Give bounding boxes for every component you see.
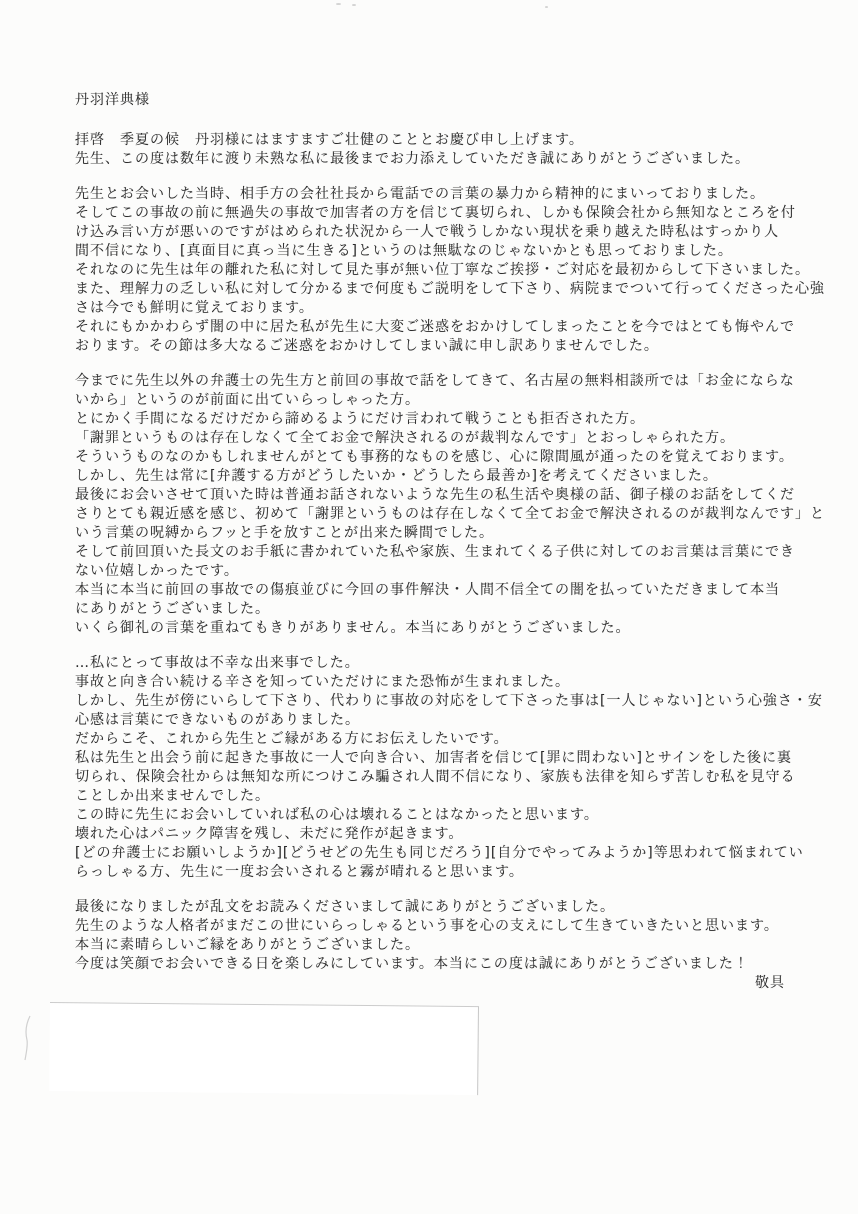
letter-line: 最後になりましたが乱文をお読みくださいまして誠にありがとうございました。 [75, 898, 791, 917]
letter-line: そして前回頂いた長文のお手紙に書かれていた私や家族、生まれてくる子供に対してのお… [75, 543, 791, 562]
letter-line: ことしか出来ませんでした。 [75, 787, 791, 806]
letter-line: 先生とお会いした当時、相手方の会社社長から電話での言葉の暴力から精神的にまいって… [75, 185, 791, 204]
letter-line: 先生、この度は数年に渡り未熟な私に最後までお力添えしていただき誠にありがとうござ… [75, 150, 791, 169]
letter-line: 私は先生と出会う前に起きた事故に一人で向き合い、加害者を信じて[罪に問わない]と… [75, 749, 791, 768]
letter-line: いから」というのが前面に出ていらっしゃった方。 [75, 391, 791, 410]
letter-paragraph: 最後になりましたが乱文をお読みくださいまして誠にありがとうございました。先生のよ… [75, 898, 791, 974]
letter-paragraph: 今までに先生以外の弁護士の先生方と前回の事故で話をしてきて、名古屋の無料相談所で… [75, 372, 791, 638]
letter-line: おります。その節は多大なるご迷惑をおかけしてしまい誠に申し訳ありませんでした。 [75, 337, 791, 356]
letter-line: だからこそ、これから先生とご縁がある方にお伝えしたいです。 [75, 730, 791, 749]
letter-line: …私にとって事故は不幸な出来事でした。 [75, 654, 791, 673]
letter-line: け込み言い方が悪いのですがはめられた状況から一人で戦うしかない現状を乗り越えた時… [75, 223, 791, 242]
letter-line: ない位嬉しかったです。 [75, 562, 791, 581]
letter-line: また、理解力の乏しい私に対して分かるまで何度もご説明をして下さり、病院までついて… [75, 280, 791, 299]
redacted-area [49, 1002, 479, 1095]
letter-paragraph: 先生とお会いした当時、相手方の会社社長から電話での言葉の暴力から精神的にまいって… [75, 185, 791, 356]
letter-line: 先生のような人格者がまだこの世にいらっしゃるという事を心の支えにして生きていきた… [75, 917, 791, 936]
letter-line: 最後にお会いさせて頂いた時は普通お話されないような先生の私生活や奥様の話、御子様… [75, 486, 791, 505]
letter-line: しかし、先生が傍にいらして下さり、代わりに事故の対応をして下さった事は[一人じゃ… [75, 692, 791, 711]
scan-speck [352, 4, 356, 6]
letter-line: それにもかかわらず闇の中に居た私が先生に大変ご迷惑をおかけしてしまったことを今で… [75, 318, 791, 337]
letter-line: 事故と向き合い続ける辛さを知っていただけにまた恐怖が生まれました。 [75, 673, 791, 692]
letter-line: らっしゃる方、先生に一度お会いされると霧が晴れると思います。 [75, 863, 791, 882]
letter-line: 「謝罪というものは存在しなくて全てお金で解決されるのが裁判なんです」とおっしゃら… [75, 429, 791, 448]
letter-line: 本当に本当に前回の事故での傷痕並びに今回の事件解決・人間不信全ての闇を払っていた… [75, 581, 791, 600]
letter-line: いう言葉の呪縛からフッと手を放すことが出来た瞬間でした。 [75, 524, 791, 543]
recipient-name: 丹羽洋典様 [75, 91, 791, 110]
letter-line: そしてこの事故の前に無過失の事故で加害者の方を信じて裏切られ、しかも保険会社から… [75, 204, 791, 223]
scanned-letter-page: 丹羽洋典様 拝啓 季夏の候 丹羽様にはますますご壮健のこととお慶び申し上げます。… [0, 0, 858, 1214]
scan-crease-mark [18, 1014, 40, 1062]
letter-line: 今度は笑顔でお会いできる日を楽しみにしています。本当にこの度は誠にありがとうござ… [75, 955, 791, 974]
letter-line: 壊れた心はパニック障害を残し、未だに発作が起きます。 [75, 825, 791, 844]
scan-speck [336, 3, 341, 5]
letter-paragraph: …私にとって事故は不幸な出来事でした。事故と向き合い続ける辛さを知っていただけに… [75, 654, 791, 882]
letter-line: 本当に素晴らしいご縁をありがとうございました。 [75, 936, 791, 955]
letter-line: [どの弁護士にお願いしようか][どうせどの先生も同じだろう][自分でやってみよう… [75, 844, 791, 863]
letter-line: とにかく手間になるだけだから諦めるようにだけ言われて戦うことも拒否された方。 [75, 410, 791, 429]
letter-line: いくら御礼の言葉を重ねてもきりがありません。本当にありがとうございました。 [75, 619, 791, 638]
letter-line: さりとても親近感を感じ、初めて「謝罪というものは存在しなくて全てお金で解決される… [75, 505, 791, 524]
letter-paragraph: 拝啓 季夏の候 丹羽様にはますますご壮健のこととお慶び申し上げます。先生、この度… [75, 131, 791, 169]
scan-speck [545, 6, 548, 8]
letter-line: にありがとうございました。 [75, 600, 791, 619]
letter-line: 拝啓 季夏の候 丹羽様にはますますご壮健のこととお慶び申し上げます。 [75, 131, 791, 150]
letter-line: それなのに先生は年の離れた私に対して見た事が無い位丁寧なご挨拶・ご対応を最初から… [75, 261, 791, 280]
letter-line: さは今でも鮮明に覚えております。 [75, 299, 791, 318]
letter-line: 心感は言葉にできないものがありました。 [75, 711, 791, 730]
letter-line: この時に先生にお会いしていれば私の心は壊れることはなかったと思います。 [75, 806, 791, 825]
letter-line: 切られ、保険会社からは無知な所につけこみ騙され人間不信になり、家族も法律を知らず… [75, 768, 791, 787]
letter-line: そういうものなのかもしれませんがとても事務的なものを感じ、心に隙間風が通ったのを… [75, 448, 791, 467]
letter: 丹羽洋典様 拝啓 季夏の候 丹羽様にはますますご壮健のこととお慶び申し上げます。… [75, 91, 791, 993]
letter-body: 拝啓 季夏の候 丹羽様にはますますご壮健のこととお慶び申し上げます。先生、この度… [75, 131, 791, 974]
letter-line: 今までに先生以外の弁護士の先生方と前回の事故で話をしてきて、名古屋の無料相談所で… [75, 372, 791, 391]
letter-line: 間不信になり、[真面目に真っ当に生きる]というのは無駄なのじゃないかとも思ってお… [75, 242, 791, 261]
closing-keigu: 敬具 [75, 974, 791, 993]
letter-line: しかし、先生は常に[弁護する方がどうしたいか・どうしたら最善か]を考えてください… [75, 467, 791, 486]
